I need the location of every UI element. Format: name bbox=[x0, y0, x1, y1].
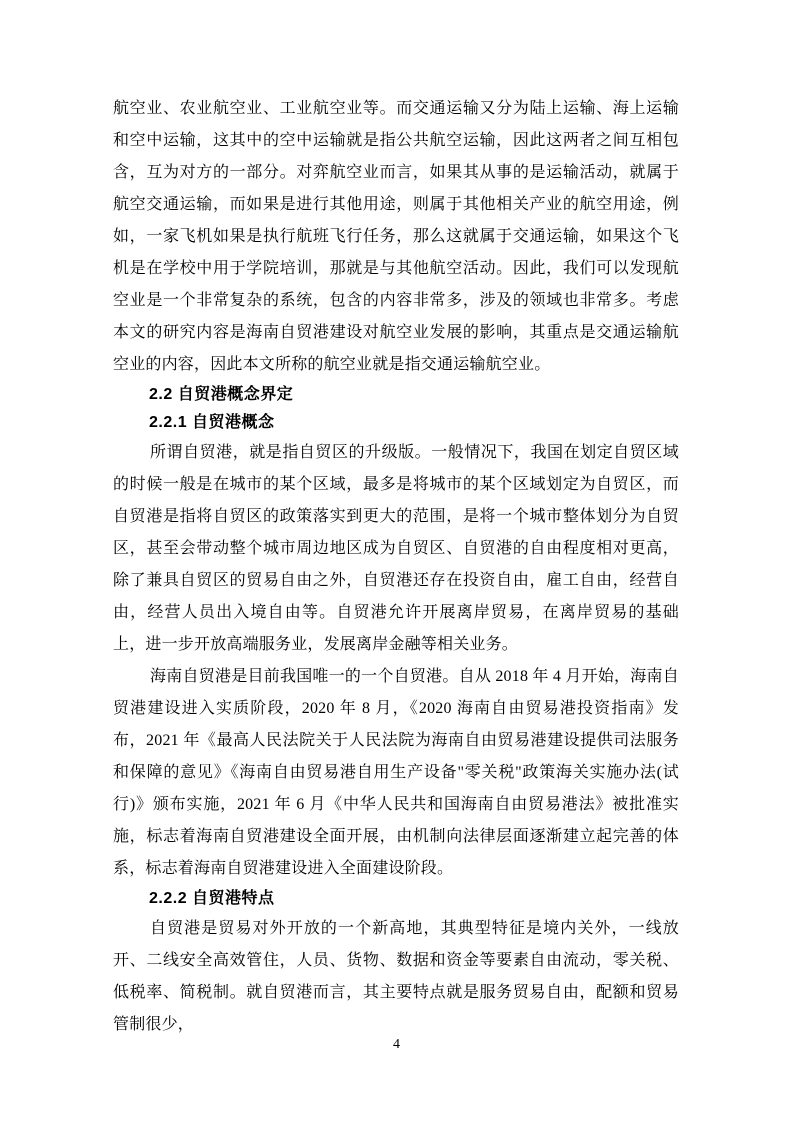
document-content: 航空业、农业航空业、工业航空业等。而交通运输又分为陆上运输、海上运输和空中运输，… bbox=[113, 93, 679, 1041]
document-page: 航空业、农业航空业、工业航空业等。而交通运输又分为陆上运输、海上运输和空中运输，… bbox=[0, 0, 793, 1122]
section-heading-2-2-1: 2.2.1 自贸港概念 bbox=[113, 409, 679, 437]
paragraph-ftp-concept: 所谓自贸港，就是指自贸区的升级版。一般情况下，我国在划定自贸区域的时候一般是在城… bbox=[113, 437, 679, 661]
section-heading-2-2: 2.2 自贸港概念界定 bbox=[113, 381, 679, 409]
page-number: 4 bbox=[0, 1036, 793, 1054]
paragraph-aviation-continuation: 航空业、农业航空业、工业航空业等。而交通运输又分为陆上运输、海上运输和空中运输，… bbox=[113, 93, 679, 381]
paragraph-ftp-features: 自贸港是贸易对外开放的一个新高地，其典型特征是境内关外，一线放开、二线安全高效管… bbox=[113, 913, 679, 1041]
section-heading-2-2-2: 2.2.2 自贸港特点 bbox=[113, 885, 679, 913]
paragraph-hainan-ftp-history: 海南自贸港是目前我国唯一的一个自贸港。自从 2018 年 4 月开始，海南自贸港… bbox=[113, 661, 679, 885]
